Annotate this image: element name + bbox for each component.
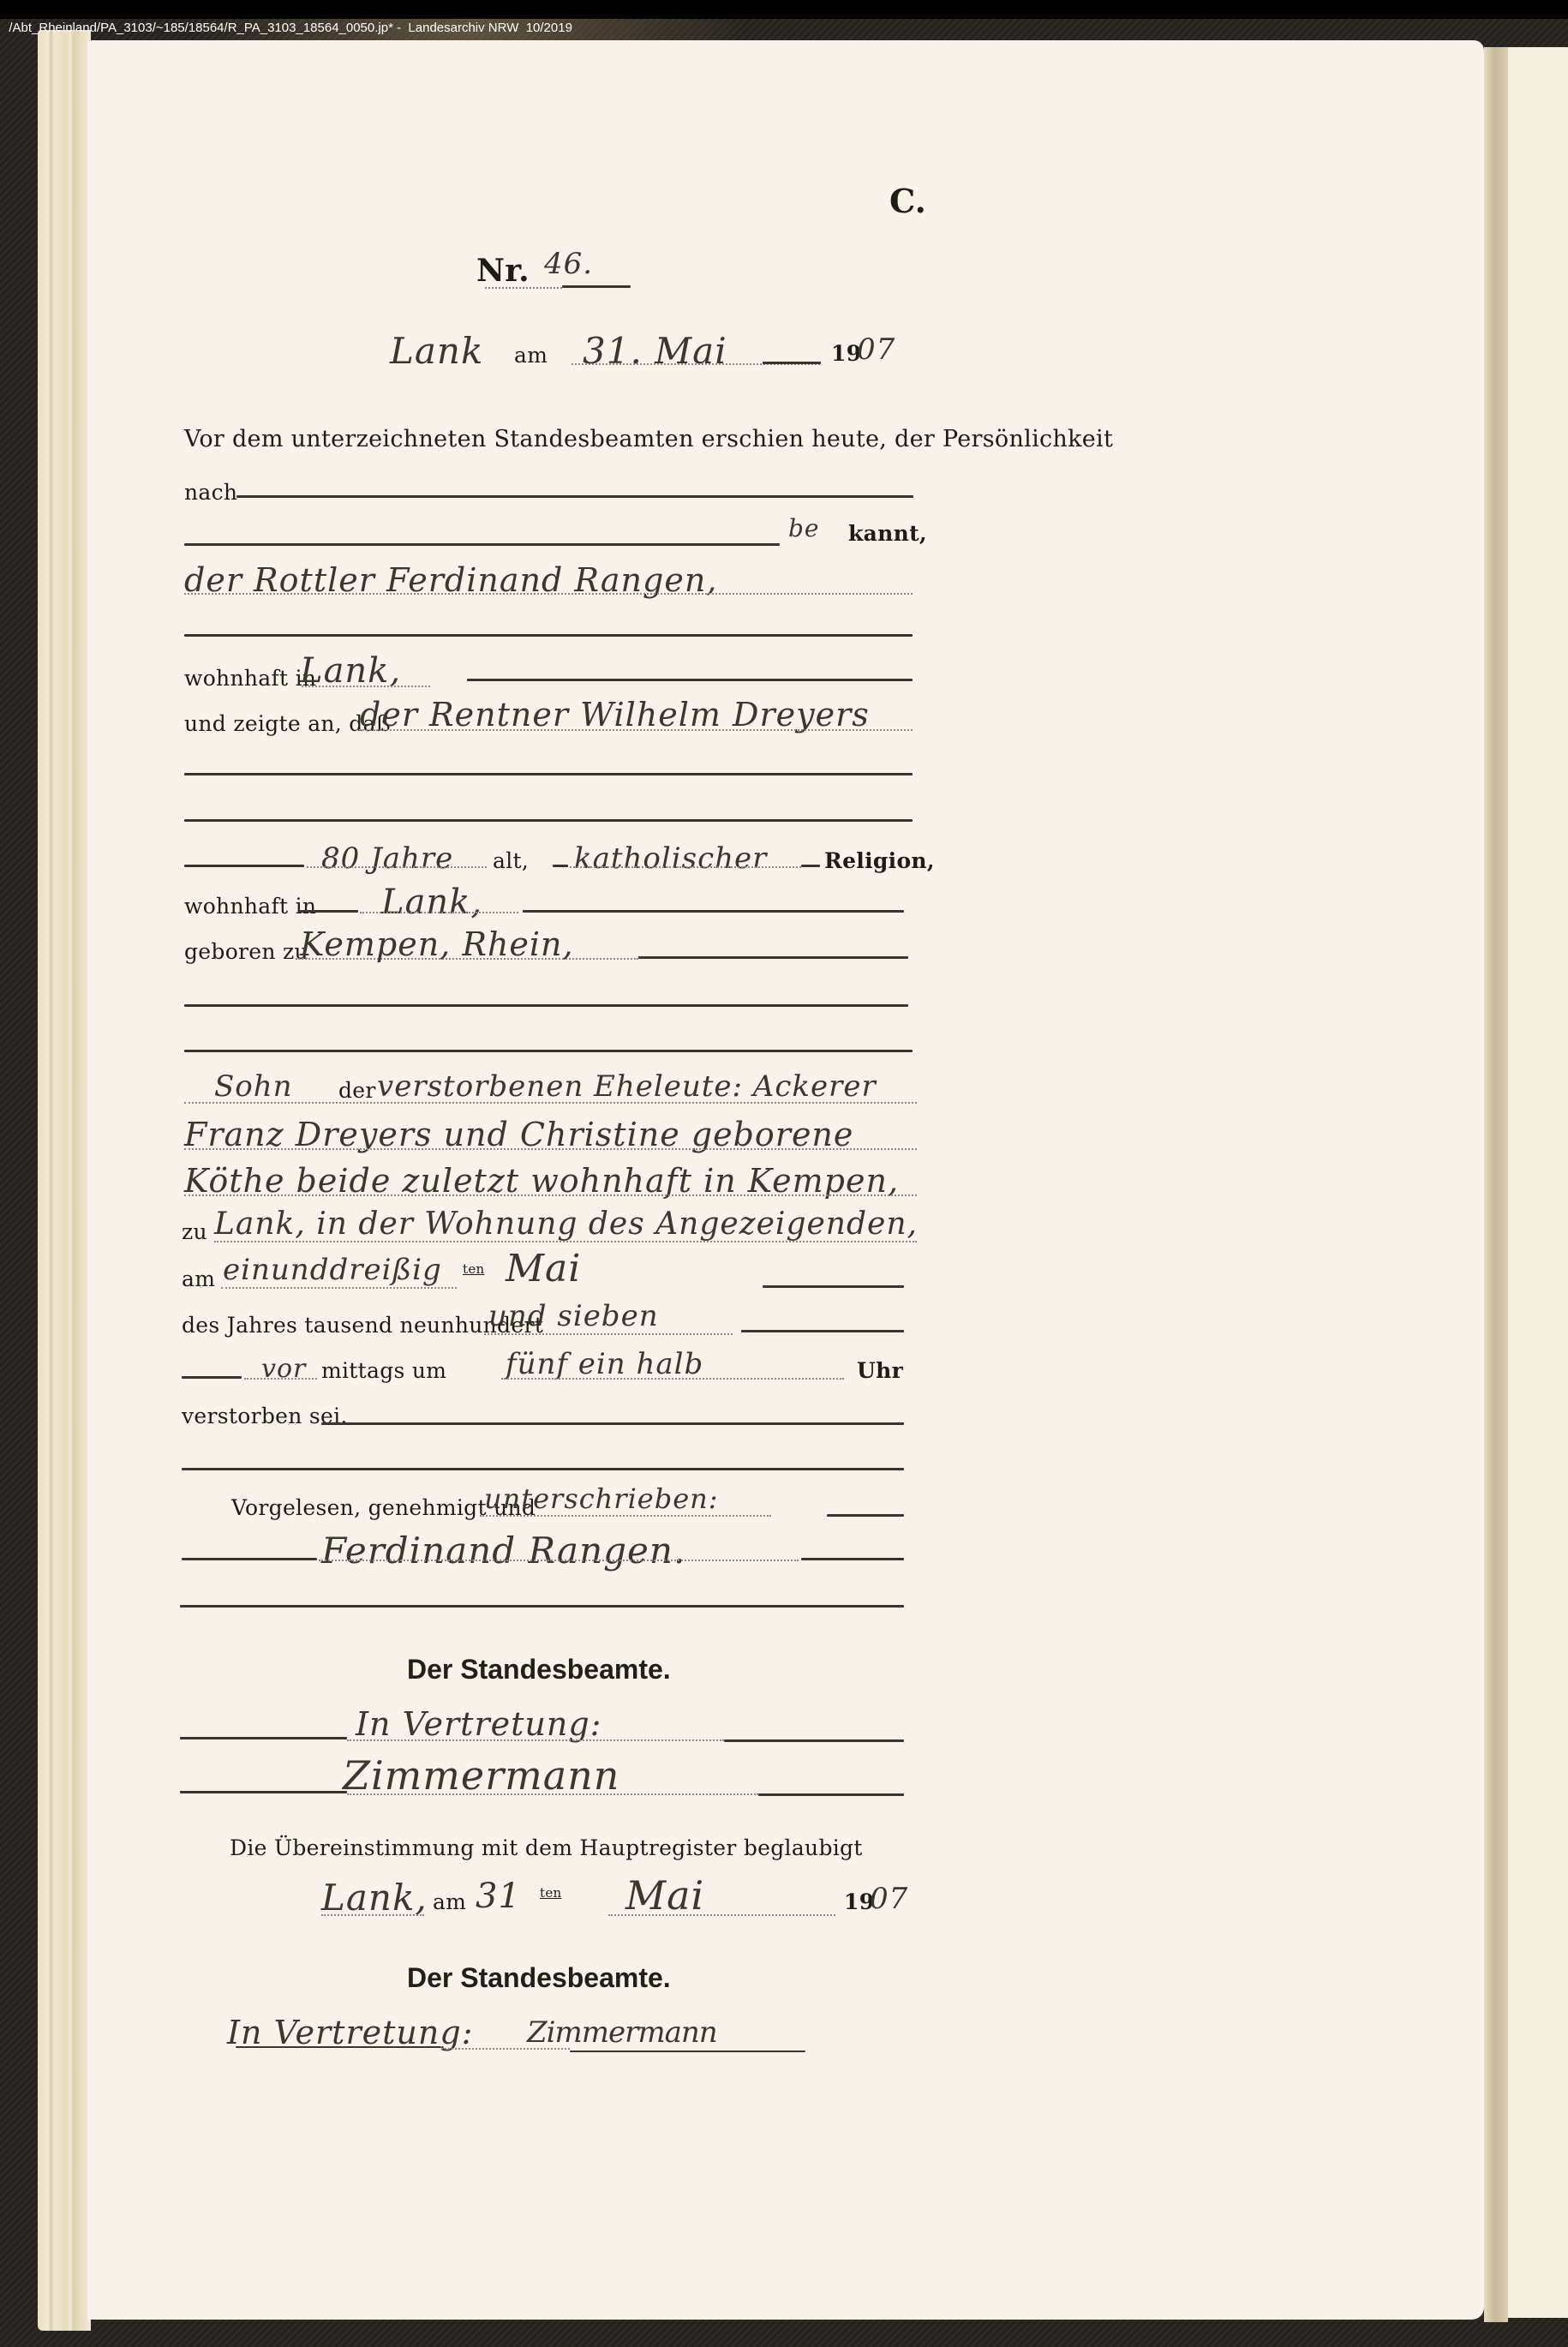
header-day-month: 31. Mai (583, 330, 727, 372)
residence-line (467, 679, 913, 681)
unterschrieben-dotted-line (480, 1515, 771, 1517)
informant-signature-trail-line (801, 1558, 904, 1560)
deceased-name: der Rentner Wilhelm Dreyers (360, 696, 870, 733)
mittags-label: mittags um (321, 1358, 446, 1383)
geboren-label: geboren zu (184, 939, 308, 964)
final-signature-trail-line (570, 2051, 805, 2052)
death-year-dotted-line (484, 1333, 733, 1335)
window-title-bar: /Abt_Rheinland/PA_3103/~185/18564/R_PA_3… (0, 0, 1568, 19)
time-hand: fünf ein halb (506, 1347, 703, 1381)
official-signature-2: Zimmermann (527, 2015, 717, 2050)
unterschrieben-line (827, 1514, 904, 1517)
birthplace-line (638, 956, 908, 959)
kannt-label: kannt, (848, 521, 927, 546)
record-number-label: Nr. (476, 253, 530, 289)
religion-lead-line (553, 865, 568, 867)
cert-month: Mai (625, 1872, 704, 1919)
parents-der-label: der (338, 1078, 376, 1103)
blank-line-7 (180, 1605, 904, 1608)
blank-line-5 (184, 1050, 913, 1052)
number-dotted-line (485, 287, 562, 289)
deceased-residence-lead-line (300, 910, 358, 913)
parents-sohn: Sohn (214, 1069, 293, 1104)
nach-line (236, 495, 913, 498)
religion-dotted-line (570, 866, 801, 868)
window-title: /Abt_Rheinland/PA_3103/~185/18564/R_PA_3… (9, 21, 572, 35)
birthplace: Kempen, Rhein, (300, 925, 574, 963)
parents-dotted-line-3 (184, 1194, 917, 1196)
verstorben-line (321, 1422, 904, 1425)
death-year-hand: und sieben (488, 1299, 659, 1333)
cert-day: 31 (476, 1877, 521, 1916)
final-signature-underline (236, 2046, 441, 2048)
religion-trail-line (801, 865, 820, 867)
header-date-line (763, 362, 821, 364)
death-day: einunddreißig (223, 1253, 442, 1287)
official-signature-1: Zimmermann (343, 1752, 619, 1799)
wohnhaft-label-2: wohnhaft in (184, 894, 316, 919)
standesbeamte-heading-2: Der Standesbeamte. (407, 1962, 671, 1994)
intro-text: Vor dem unterzeichneten Standesbeamten e… (184, 426, 1113, 452)
header-year-suffix: 07 (857, 332, 895, 367)
cert-month-dotted-line (608, 1914, 835, 1916)
time-lead-line (182, 1376, 242, 1379)
final-signature-dotted-line (441, 2048, 570, 2050)
blank-line-3 (184, 819, 913, 822)
vertretung-dotted-line-1 (347, 1739, 724, 1741)
deceased-residence-dotted-line (360, 912, 518, 913)
religion-hand: katholischer (574, 841, 767, 876)
header-am-label: am (514, 343, 548, 368)
official-signature-lead-line-1 (180, 1791, 347, 1793)
age-dotted-line (307, 866, 487, 868)
cert-am-label: am (433, 1889, 466, 1914)
age-hand: 80 Jahre (321, 841, 453, 876)
deceased-residence: Lank, (381, 883, 482, 922)
am-label: am (182, 1266, 215, 1291)
informant-dotted-line (184, 593, 913, 595)
official-signature-trail-line-1 (758, 1793, 904, 1796)
death-month: Mai (506, 1247, 581, 1290)
informant-signature-lead-line (182, 1558, 317, 1560)
death-day-dotted-line (221, 1287, 457, 1289)
parents-line-1: verstorbenen Eheleute: Ackerer (377, 1069, 877, 1104)
parents-dotted-line-2 (184, 1148, 917, 1150)
vertretung-trail-line-1 (724, 1739, 904, 1742)
cert-year-suffix: 07 (870, 1882, 908, 1916)
official-signature-dotted-line-1 (347, 1793, 758, 1795)
time-dotted-line (501, 1378, 844, 1380)
age-leading-line (184, 865, 304, 867)
kannt-hand: be (788, 514, 820, 542)
alt-label: alt, (493, 848, 529, 873)
cert-place-dotted-line (321, 1914, 424, 1916)
vertretung-lead-line-1 (180, 1737, 347, 1739)
cert-place: Lank, (321, 1877, 428, 1919)
blank-line-2 (184, 773, 913, 775)
death-place-dotted-line (214, 1241, 917, 1242)
kannt-line (184, 543, 780, 546)
uhr-label: Uhr (857, 1358, 903, 1383)
parents-dotted-line-1 (184, 1102, 917, 1104)
nach-label: nach (184, 480, 237, 505)
death-record-form: C. Nr. 46. Lank am 31. Mai 19 07 Vor dem… (0, 0, 1568, 2347)
informant-signature-dotted-line (319, 1560, 799, 1561)
zu-label: zu (182, 1219, 207, 1244)
residence-dotted-line (302, 686, 430, 687)
death-year-line (741, 1330, 904, 1332)
blank-line-6 (182, 1468, 904, 1470)
deceased-dotted-line (356, 729, 913, 731)
record-number-value: 46. (544, 247, 593, 281)
blank-line-4 (184, 1004, 908, 1007)
section-letter: C. (889, 182, 926, 220)
cert-ten-label: ten (540, 1885, 561, 1901)
certification-text: Die Übereinstimmung mit dem Hauptregiste… (230, 1835, 863, 1860)
religion-label: Religion, (824, 848, 935, 873)
death-place: Lank, in der Wohnung des Angezeigenden, (214, 1206, 918, 1242)
vertretung-hand-1: In Vertretung: (356, 1705, 601, 1743)
blank-line-1 (184, 634, 913, 637)
unterschrieben-hand: unterschrieben: (484, 1482, 719, 1515)
vor-dotted-line (244, 1378, 317, 1380)
deceased-residence-line (523, 910, 904, 913)
ten-label: ten (463, 1261, 484, 1277)
header-place: Lank (390, 330, 483, 372)
informant-signature: Ferdinand Rangen. (321, 1530, 685, 1572)
death-month-line (763, 1285, 904, 1288)
number-line (562, 285, 631, 288)
standesbeamte-heading-1: Der Standesbeamte. (407, 1654, 671, 1685)
wohnhaft-label-1: wohnhaft in (184, 666, 316, 691)
